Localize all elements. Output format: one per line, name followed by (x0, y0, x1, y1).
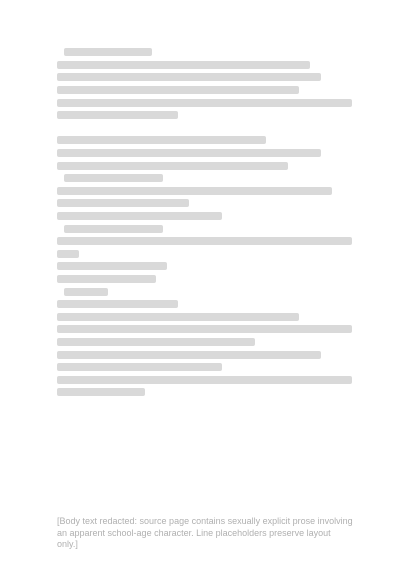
redacted-text-line (57, 71, 353, 84)
redacted-text-line (57, 386, 353, 399)
redacted-text-bar (57, 300, 178, 308)
redacted-text-line (57, 147, 353, 160)
redacted-text-line (57, 59, 353, 72)
redacted-text-line (57, 361, 353, 374)
redacted-text-bar (57, 86, 299, 94)
redacted-text-bar (57, 237, 352, 245)
redacted-text-bar (64, 48, 152, 56)
redacted-text-line (57, 222, 353, 235)
redacted-text-bar (57, 187, 332, 195)
redacted-text-bar (57, 313, 299, 321)
redacted-text-line (57, 109, 353, 122)
redacted-text-bar (57, 212, 222, 220)
redacted-text-line (57, 348, 353, 361)
redacted-text-line (57, 46, 353, 59)
redacted-text-line (57, 298, 353, 311)
redacted-text-bar (57, 363, 222, 371)
redacted-text-line (57, 260, 353, 273)
redacted-text-line (57, 197, 353, 210)
redacted-text-bar (57, 250, 79, 258)
redacted-text-line (57, 373, 353, 386)
redacted-text-line (57, 336, 353, 349)
redacted-text-bar (57, 338, 255, 346)
redacted-text-bar (64, 174, 163, 182)
redacted-text-line (57, 248, 353, 261)
redaction-notice: [Body text redacted: source page contain… (57, 516, 353, 551)
redacted-text-bar (57, 99, 352, 107)
redacted-text-line (57, 185, 353, 198)
redacted-text-bar (57, 351, 321, 359)
redacted-text-bar (57, 199, 189, 207)
redacted-text-line (57, 159, 353, 172)
redacted-text-bar (57, 73, 321, 81)
redacted-text-bar (57, 376, 352, 384)
redacted-text-bar (57, 111, 178, 119)
redacted-text-line (57, 235, 353, 248)
redacted-text-line (57, 323, 353, 336)
redacted-text-bar (57, 325, 352, 333)
redacted-text-line (57, 84, 353, 97)
prose-text-block (57, 46, 353, 399)
redacted-text-line (57, 285, 353, 298)
redacted-text-line (57, 172, 353, 185)
redacted-text-line (57, 273, 353, 286)
redacted-text-bar (57, 262, 167, 270)
redacted-text-line (57, 310, 353, 323)
redacted-text-bar (57, 162, 288, 170)
redacted-text-line (57, 96, 353, 109)
blank-line (57, 122, 353, 135)
redacted-text-bar (64, 288, 108, 296)
redacted-text-line (57, 210, 353, 223)
redacted-text-bar (64, 225, 163, 233)
redacted-text-bar (57, 149, 321, 157)
redacted-text-bar (57, 388, 145, 396)
redacted-text-bar (57, 136, 266, 144)
redacted-text-line (57, 134, 353, 147)
redacted-text-bar (57, 275, 156, 283)
redacted-text-bar (57, 61, 310, 69)
document-page: [Body text redacted: source page contain… (0, 0, 399, 565)
